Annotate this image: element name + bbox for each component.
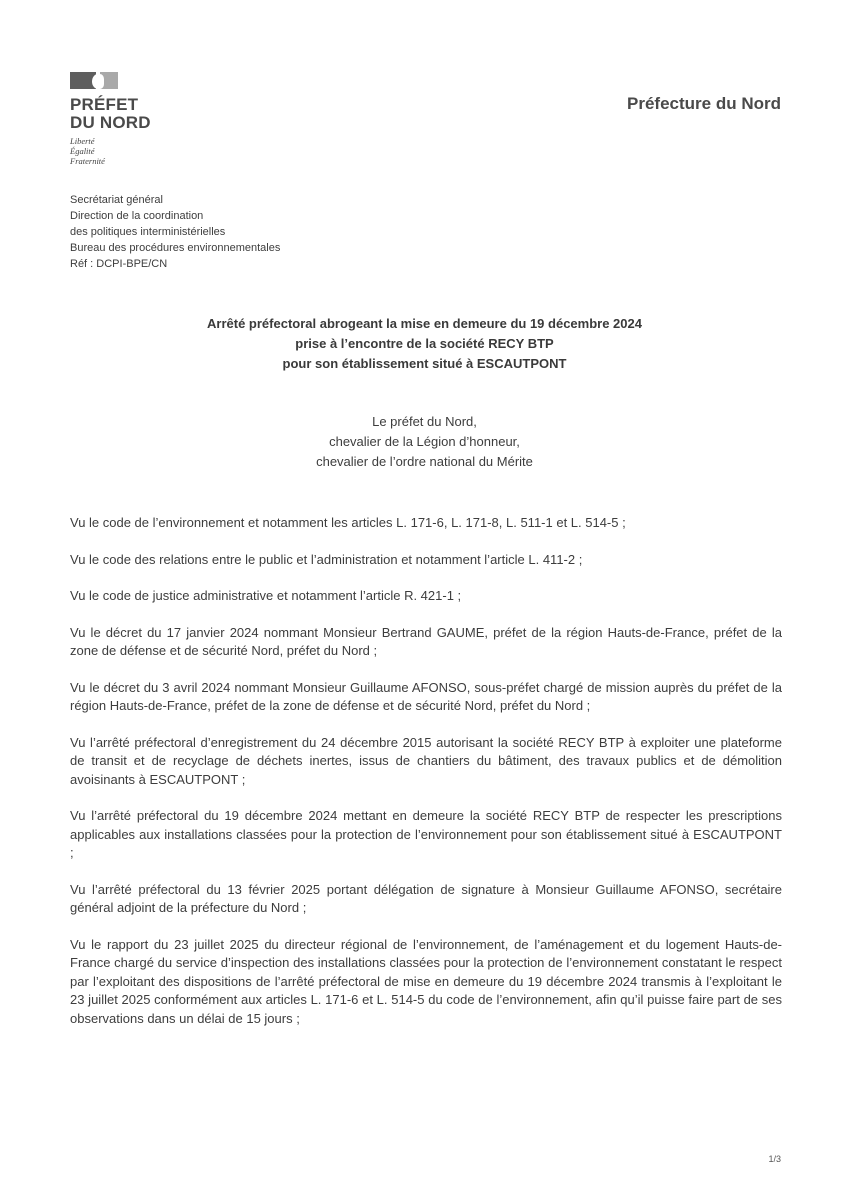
- logo-title-line-1: PRÉFET: [70, 96, 151, 114]
- visa-paragraph: Vu le code de justice administrative et …: [70, 587, 782, 606]
- page-number: 1/3: [768, 1154, 781, 1164]
- visa-paragraph: Vu le décret du 17 janvier 2024 nommant …: [70, 624, 782, 661]
- title-line: Arrêté préfectoral abrogeant la mise en …: [0, 314, 849, 334]
- prefet-line: chevalier de la Légion d’honneur,: [0, 432, 849, 452]
- visa-paragraph: Vu le rapport du 23 juillet 2025 du dire…: [70, 936, 782, 1029]
- service-line: Direction de la coordination: [70, 208, 280, 224]
- visa-paragraph: Vu l’arrêté préfectoral du 13 février 20…: [70, 881, 782, 918]
- motto-egalite: Égalité: [70, 146, 151, 156]
- logo-title: PRÉFET DU NORD: [70, 96, 151, 132]
- visa-paragraph: Vu le décret du 3 avril 2024 nommant Mon…: [70, 679, 782, 716]
- visas-list: Vu le code de l’environnement et notamme…: [70, 514, 782, 1046]
- prefet-line: chevalier de l’ordre national du Mérite: [0, 452, 849, 472]
- logo-title-line-2: DU NORD: [70, 114, 151, 132]
- title-line: prise à l’encontre de la société RECY BT…: [0, 334, 849, 354]
- service-line: Bureau des procédures environnementales: [70, 240, 280, 256]
- visa-paragraph: Vu le code de l’environnement et notamme…: [70, 514, 782, 533]
- reference-line: Réf : DCPI-BPE/CN: [70, 256, 280, 272]
- marianne-logo-icon: [70, 72, 118, 90]
- prefecture-heading: Préfecture du Nord: [627, 94, 781, 114]
- service-line: Secrétariat général: [70, 192, 280, 208]
- visa-paragraph: Vu le code des relations entre le public…: [70, 551, 782, 570]
- motto-fraternite: Fraternité: [70, 156, 151, 166]
- visa-paragraph: Vu l’arrêté préfectoral d’enregistrement…: [70, 734, 782, 790]
- republic-motto: Liberté Égalité Fraternité: [70, 136, 151, 166]
- decree-title: Arrêté préfectoral abrogeant la mise en …: [0, 314, 849, 374]
- visa-paragraph: Vu l’arrêté préfectoral du 19 décembre 2…: [70, 807, 782, 863]
- prefet-designation: Le préfet du Nord, chevalier de la Légio…: [0, 412, 849, 472]
- service-line: des politiques interministérielles: [70, 224, 280, 240]
- prefet-line: Le préfet du Nord,: [0, 412, 849, 432]
- issuing-service-block: Secrétariat général Direction de la coor…: [70, 192, 280, 272]
- marianne-logo-block: PRÉFET DU NORD Liberté Égalité Fraternit…: [70, 72, 151, 166]
- motto-liberte: Liberté: [70, 136, 151, 146]
- title-line: pour son établissement situé à ESCAUTPON…: [0, 354, 849, 374]
